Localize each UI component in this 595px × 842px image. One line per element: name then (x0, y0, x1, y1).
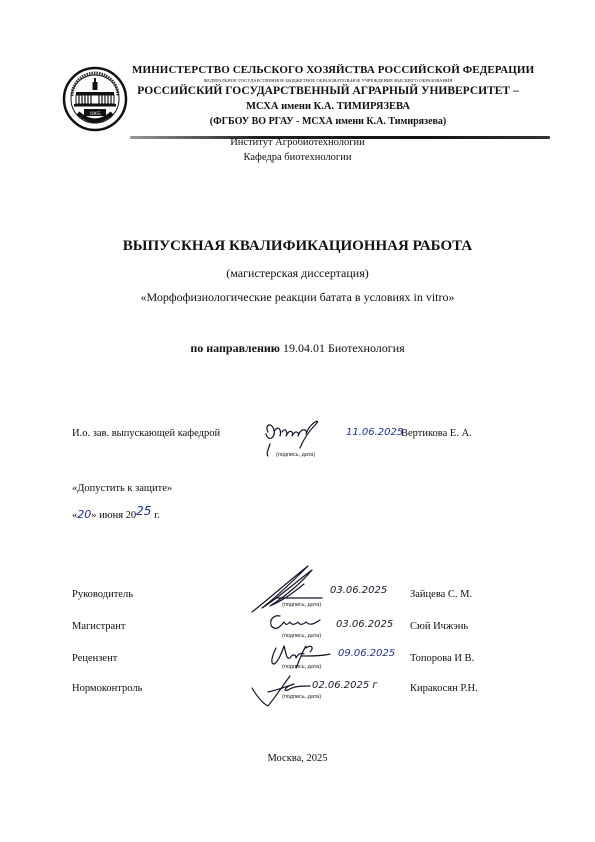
city-year: Москва, 2025 (0, 753, 595, 764)
ministry-name: МИНИСТЕРСТВО СЕЛЬСКОГО ХОЗЯЙСТВА РОССИЙС… (132, 64, 524, 76)
signature-caption: (подпись, дата) (276, 452, 315, 458)
admission-label: «Допустить к защите» (72, 483, 172, 494)
institute-name: Институт Агробиотехнологии (0, 137, 595, 148)
signature-caption: (подпись, дата) (282, 694, 321, 700)
signer-name: Вертикова Е. А. (401, 428, 472, 439)
institution-type: ФЕДЕРАЛЬНОЕ ГОСУДАРСТВЕННОЕ БЮДЖЕТНОЕ ОБ… (132, 78, 524, 83)
university-name-2: МСХА имени К.А. ТИМИРЯЗЕВА (132, 101, 524, 112)
head-role: И.о. зав. выпускающей кафедрой (72, 428, 220, 439)
role-reviewer: Рецензент (72, 653, 117, 664)
signer-name: Киракосян Р.Н. (410, 683, 478, 694)
department-name: Кафедра биотехнологии (0, 152, 595, 163)
signature-date: 09.06.2025 (338, 648, 395, 659)
direction-value: 19.04.01 Биотехнология (283, 341, 405, 355)
signer-name: Зайцева С. М. (410, 589, 472, 600)
role-student: Магистрант (72, 621, 125, 632)
document-title: ВЫПУСКНАЯ КВАЛИФИКАЦИОННАЯ РАБОТА (0, 238, 595, 255)
thesis-topic: «Морфофизиологические реакции батата в у… (0, 290, 595, 305)
role-supervisor: Руководитель (72, 589, 133, 600)
signature-date: 02.06.2025 г (312, 680, 378, 691)
svg-text:1865: 1865 (90, 111, 101, 117)
signature-date: 11.06.2025 (346, 427, 403, 438)
admission-day: 20 (77, 508, 91, 521)
role-norm-control: Нормоконтроль (72, 683, 142, 694)
admission-date: «20» июня 2025 г. (72, 507, 160, 521)
signer-name: Сюй Ичжэнь (410, 621, 468, 632)
signature-date: 03.06.2025 (330, 585, 387, 596)
signature-student-icon (266, 612, 326, 634)
university-short-name: (ФГБОУ ВО РГАУ - МСХА имени К.А. Тимиряз… (132, 116, 524, 127)
signature-caption: (подпись, дата) (282, 602, 321, 608)
admission-month: июня (99, 510, 123, 521)
university-emblem-icon: 1865 (62, 66, 128, 132)
study-direction: по направлению 19.04.01 Биотехнология (0, 341, 595, 356)
signature-norm-control-icon (248, 672, 318, 708)
signature-date: 03.06.2025 (336, 619, 393, 630)
signature-caption: (подпись, дата) (282, 664, 321, 670)
admission-year-suffix: 25 (136, 504, 151, 518)
university-name: РОССИЙСКИЙ ГОСУДАРСТВЕННЫЙ АГРАРНЫЙ УНИВ… (132, 85, 524, 97)
document-subtitle: (магистерская диссертация) (0, 266, 595, 281)
signature-caption: (подпись, дата) (282, 633, 321, 639)
signer-name: Топорова И В. (410, 653, 474, 664)
direction-label: по направлению (190, 341, 280, 355)
